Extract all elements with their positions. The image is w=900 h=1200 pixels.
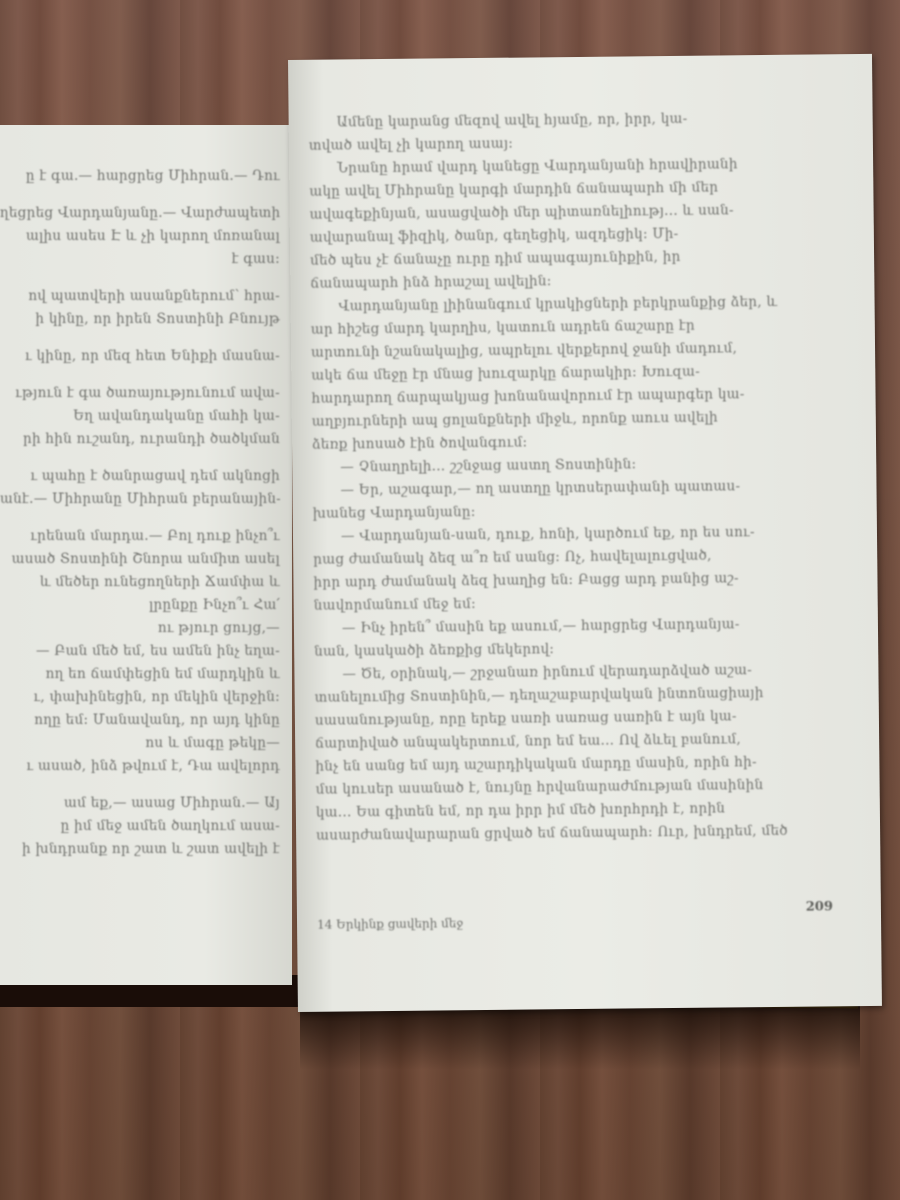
text-line bbox=[0, 778, 280, 792]
text-line bbox=[0, 188, 280, 202]
text-line: ւ ասած, ինձ թվում է, Դա ավելորդ bbox=[0, 755, 280, 778]
text-line: ոս և մագը թեկը— bbox=[0, 732, 280, 755]
text-line: ողը եմ: Մանավանդ, որ այդ կինը bbox=[0, 709, 280, 732]
text-line bbox=[0, 271, 280, 285]
text-line: ղեցրեց Վարդանյանը.— Վարժապետի bbox=[0, 202, 280, 225]
text-line: ով պատվերի ասանքներում՝ հրա- bbox=[0, 285, 280, 308]
signature-mark: 14 Երկինք ցավերի մեջ bbox=[317, 916, 463, 932]
text-line: ւրենան մարդա.— Բոլ դուք ինչո՞ւ bbox=[0, 525, 280, 548]
text-line: ւ պահը է ծանրացավ դեմ ակնոցի bbox=[0, 465, 280, 488]
text-line: ու թյուր ցույց,— bbox=[0, 617, 280, 640]
text-line: ւթյուն է գա ծառայությունում ավա- bbox=[0, 382, 280, 405]
text-line: ւ, փախինեցին, որ մեկին վերջին: bbox=[0, 686, 280, 709]
text-line: ասած Տոստինի Շնորա անմիտ ասել bbox=[0, 548, 280, 571]
text-line bbox=[0, 331, 280, 345]
text-line: է գաս: bbox=[0, 248, 280, 271]
text-line bbox=[0, 368, 280, 382]
text-line: ի խնդրանք որ շատ և շատ ավելի է bbox=[0, 838, 280, 861]
text-line: Եղ ավանդականը մահի կա- bbox=[0, 405, 280, 428]
left-page: ը է գա.— հարցրեց Միհրան.— Դուղեցրեց Վարդ… bbox=[0, 125, 292, 985]
right-page-text: Ամենը կարանց մեզով ավել հյամը, որ, իրր, … bbox=[309, 106, 847, 848]
text-line: ող եո ճամփեցին եմ մարդկին և bbox=[0, 663, 280, 686]
text-line: րի հին ուշանդ, ուրանդի ծածկման bbox=[0, 428, 280, 451]
text-line: ը է գա.— հարցրեց Միհրան.— Դու bbox=[0, 165, 280, 188]
text-line: լրընքը Ինչո՞ւ Հա՛ bbox=[0, 594, 280, 617]
text-line: անէ.— Միհրանը Միհրան բերանային- bbox=[0, 488, 280, 511]
page-number: 209 bbox=[806, 899, 833, 914]
text-line: ամ եք,— ասաց Միհրան.— Այ bbox=[0, 792, 280, 815]
text-line: ւ կինը, որ մեզ հետ Ենիքի մասնա- bbox=[0, 345, 280, 368]
text-line: ը իմ մեջ ամեն ծաղկում ասա- bbox=[0, 815, 280, 838]
text-line: ալիս ասես Է և չի կարող մոռանալ bbox=[0, 225, 280, 248]
text-line bbox=[0, 511, 280, 525]
left-page-text: ը է գա.— հարցրեց Միհրան.— Դուղեցրեց Վարդ… bbox=[0, 165, 280, 861]
text-line bbox=[0, 451, 280, 465]
text-line: ասարժանավարարան ցրված եմ ճանապարհ: Ուր, … bbox=[316, 819, 846, 848]
text-line: — Բան մեծ եմ, ես ամեն ինչ եղա- bbox=[0, 640, 280, 663]
text-line: և մեծեր ունեցողների Ճամփա և bbox=[0, 571, 280, 594]
text-line: ի կինը, որ իրեն Տոստինի Բնույթ bbox=[0, 308, 280, 331]
right-page: Ամենը կարանց մեզով ավել հյամը, որ, իրր, … bbox=[288, 54, 882, 1012]
